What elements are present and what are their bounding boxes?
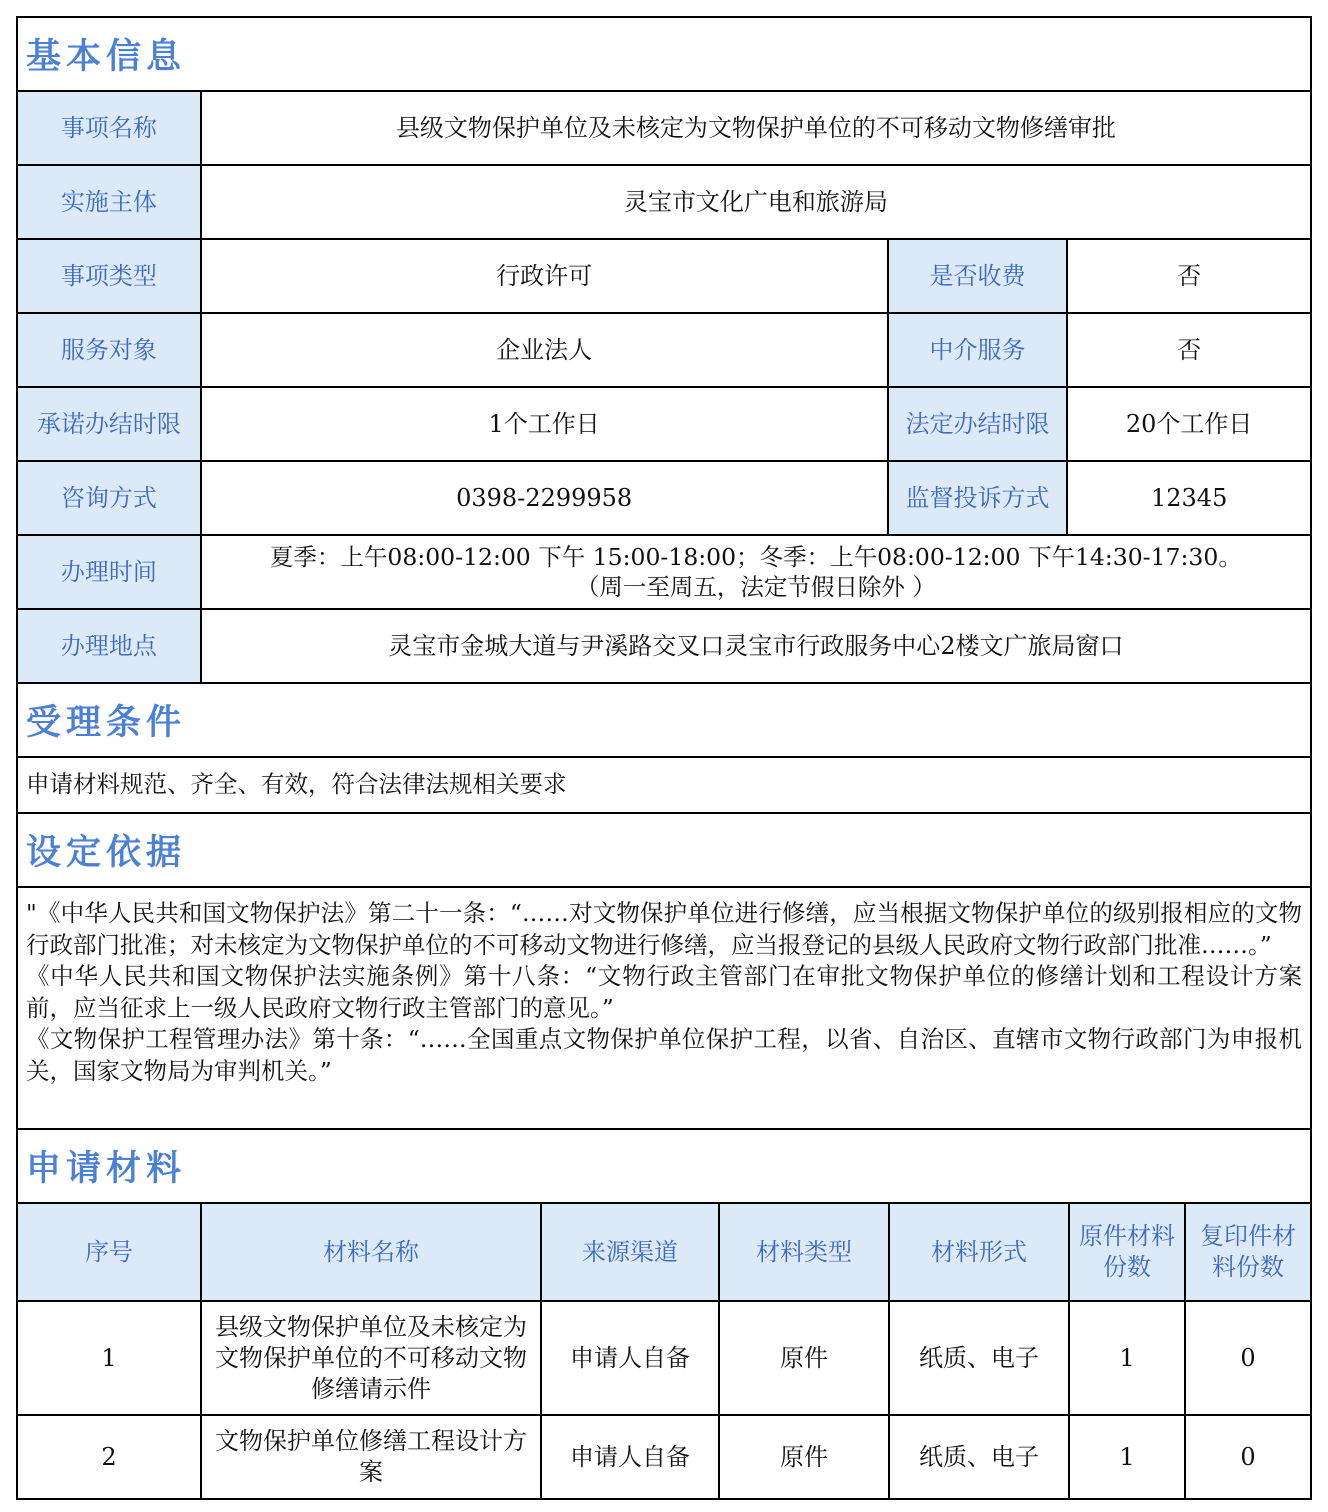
basis-paragraph: 《中华人民共和国文物保护法实施条例》第十八条：“文物行政主管部门在审批文物保护单… [26, 961, 1302, 1024]
cell-source: 申请人自备 [540, 1416, 718, 1498]
label-consult: 咨询方式 [18, 462, 200, 534]
header-source: 来源渠道 [540, 1204, 718, 1300]
cell-original-count: 1 [1068, 1302, 1184, 1414]
basis-paragraph: 《文物保护工程管理办法》第十条：“……全国重点文物保护单位保护工程，以省、自治区… [26, 1024, 1302, 1087]
hours-line-2: （周一至周五，法定节假日除外 ） [576, 572, 936, 602]
cell-name: 文物保护单位修缮工程设计方案 [200, 1416, 540, 1498]
value-location: 灵宝市金城大道与尹溪路交叉口灵宝市行政服务中心2楼文广旅局窗口 [200, 610, 1310, 682]
cell-original-count: 1 [1068, 1416, 1184, 1498]
value-item-type: 行政许可 [200, 240, 887, 312]
value-intermediary: 否 [1066, 314, 1310, 386]
label-promised-limit: 承诺办结时限 [18, 388, 200, 460]
value-hours: 夏季：上午08:00-12:00 下午 15:00-18:00；冬季：上午08:… [200, 536, 1310, 608]
header-no: 序号 [18, 1204, 200, 1300]
cell-no: 2 [18, 1416, 200, 1498]
label-service-target: 服务对象 [18, 314, 200, 386]
cell-source: 申请人自备 [540, 1302, 718, 1414]
label-fee: 是否收费 [887, 240, 1067, 312]
section-header-basis: 设定依据 [18, 814, 1310, 888]
basis-text: "《中华人民共和国文物保护法》第二十一条：“……对文物保护单位进行修缮，应当根据… [18, 888, 1310, 1128]
value-consult-phone: 0398-2299958 [200, 462, 887, 534]
row-time-limits: 承诺办结时限 1个工作日 法定办结时限 20个工作日 [18, 388, 1310, 462]
value-implementer: 灵宝市文化广电和旅游局 [200, 166, 1310, 238]
value-promised-limit: 1个工作日 [200, 388, 887, 460]
row-contact: 咨询方式 0398-2299958 监督投诉方式 12345 [18, 462, 1310, 536]
cell-type: 原件 [718, 1302, 888, 1414]
header-copy-count: 复印件材料份数 [1184, 1204, 1310, 1300]
header-name: 材料名称 [200, 1204, 540, 1300]
service-guide-sheet: 基本信息 事项名称 县级文物保护单位及未核定为文物保护单位的不可移动文物修缮审批… [16, 16, 1312, 1500]
label-intermediary: 中介服务 [887, 314, 1067, 386]
materials-table-header: 序号 材料名称 来源渠道 材料类型 材料形式 原件材料份数 复印件材料份数 [18, 1204, 1310, 1302]
header-type: 材料类型 [718, 1204, 888, 1300]
cell-no: 1 [18, 1302, 200, 1414]
section-title: 基本信息 [18, 18, 186, 90]
header-form: 材料形式 [888, 1204, 1068, 1300]
value-legal-limit: 20个工作日 [1066, 388, 1310, 460]
basis-paragraph: "《中华人民共和国文物保护法》第二十一条：“……对文物保护单位进行修缮，应当根据… [26, 898, 1302, 961]
value-service-target: 企业法人 [200, 314, 887, 386]
conditions-text: 申请材料规范、齐全、有效，符合法律法规相关要求 [18, 758, 1310, 812]
section-title: 申请材料 [18, 1130, 186, 1202]
row-item-type: 事项类型 行政许可 是否收费 否 [18, 240, 1310, 314]
label-implementer: 实施主体 [18, 166, 200, 238]
hours-line-1: 夏季：上午08:00-12:00 下午 15:00-18:00；冬季：上午08:… [270, 542, 1242, 572]
header-original-count: 原件材料份数 [1068, 1204, 1184, 1300]
row-conditions: 申请材料规范、齐全、有效，符合法律法规相关要求 [18, 758, 1310, 814]
section-header-materials: 申请材料 [18, 1130, 1310, 1204]
row-implementer: 实施主体 灵宝市文化广电和旅游局 [18, 166, 1310, 240]
label-complaint: 监督投诉方式 [887, 462, 1067, 534]
cell-copy-count: 0 [1184, 1302, 1310, 1414]
section-title: 设定依据 [18, 814, 186, 886]
cell-type: 原件 [718, 1416, 888, 1498]
row-item-name: 事项名称 县级文物保护单位及未核定为文物保护单位的不可移动文物修缮审批 [18, 92, 1310, 166]
table-row: 1 县级文物保护单位及未核定为文物保护单位的不可移动文物修缮请示件 申请人自备 … [18, 1302, 1310, 1416]
label-hours: 办理时间 [18, 536, 200, 608]
cell-name: 县级文物保护单位及未核定为文物保护单位的不可移动文物修缮请示件 [200, 1302, 540, 1414]
row-basis: "《中华人民共和国文物保护法》第二十一条：“……对文物保护单位进行修缮，应当根据… [18, 888, 1310, 1130]
label-item-type: 事项类型 [18, 240, 200, 312]
section-header-conditions: 受理条件 [18, 684, 1310, 758]
cell-form: 纸质、电子 [888, 1416, 1068, 1498]
row-hours: 办理时间 夏季：上午08:00-12:00 下午 15:00-18:00；冬季：… [18, 536, 1310, 610]
cell-copy-count: 0 [1184, 1416, 1310, 1498]
value-item-name: 县级文物保护单位及未核定为文物保护单位的不可移动文物修缮审批 [200, 92, 1310, 164]
cell-form: 纸质、电子 [888, 1302, 1068, 1414]
section-title: 受理条件 [18, 684, 186, 756]
value-fee: 否 [1066, 240, 1310, 312]
value-complaint-phone: 12345 [1066, 462, 1310, 534]
label-location: 办理地点 [18, 610, 200, 682]
section-header-basic-info: 基本信息 [18, 18, 1310, 92]
table-row: 2 文物保护单位修缮工程设计方案 申请人自备 原件 纸质、电子 1 0 [18, 1416, 1310, 1498]
label-item-name: 事项名称 [18, 92, 200, 164]
label-legal-limit: 法定办结时限 [887, 388, 1067, 460]
row-service-target: 服务对象 企业法人 中介服务 否 [18, 314, 1310, 388]
row-location: 办理地点 灵宝市金城大道与尹溪路交叉口灵宝市行政服务中心2楼文广旅局窗口 [18, 610, 1310, 684]
